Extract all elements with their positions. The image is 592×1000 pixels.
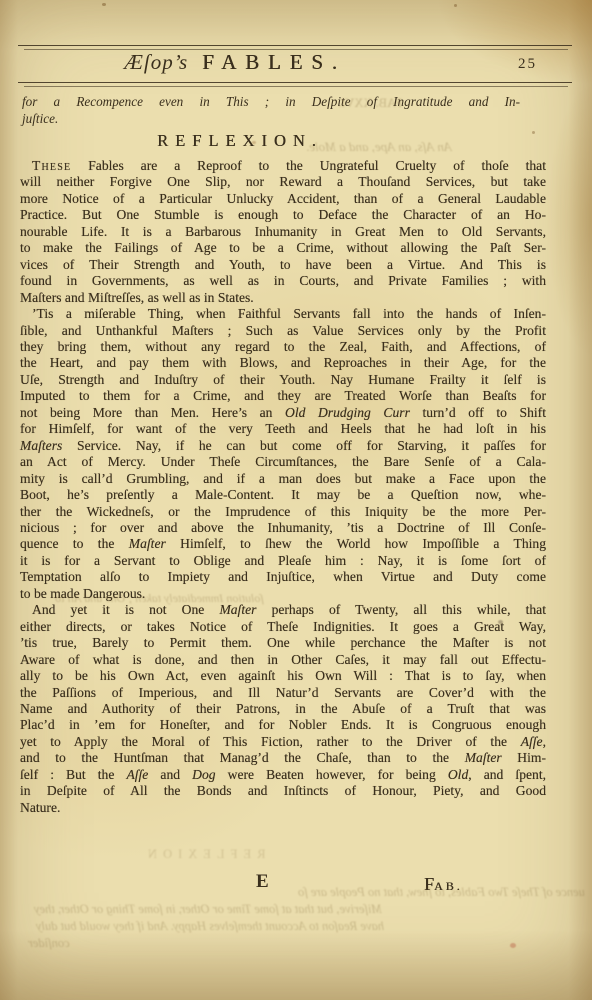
text-line: Maſters and Miſtreſſes, as well as in St… — [20, 290, 546, 306]
text-line: Nature. — [20, 800, 546, 816]
text-line: ſelf : But the Aſſe and Dog were Beaten … — [20, 767, 546, 783]
text-line: an Act of Mercy. Under Theſe Circumſtanc… — [20, 454, 546, 470]
text-line: they bring them, without any regard to t… — [20, 339, 546, 355]
page-title: Æſop’s FABLES. — [20, 50, 450, 75]
text-line: found in Governments, as well as in Cour… — [20, 273, 546, 289]
paper-speck — [532, 131, 535, 134]
page-number: 25 — [518, 56, 537, 73]
body-paragraphs: These Fables are a Reproof to the Ungrat… — [20, 158, 546, 816]
text-line: Name and Authority of their Patrons, in … — [20, 701, 546, 717]
text-line: Boot, he’s preſently a Male-Content. It … — [20, 487, 546, 503]
text-line: either directs, or takes Notice of Theſe… — [20, 619, 546, 635]
paragraph: for a Recompence even in This ; in Deſpi… — [22, 93, 520, 127]
text-line: in Deſpite of All the Bonds and Inſtinct… — [20, 783, 546, 799]
catchword-small: AB. — [434, 879, 463, 893]
header-rule-bottom — [18, 82, 572, 88]
text-line: Plac’d in ’em for Honeſter, and for Nobl… — [20, 717, 546, 733]
book-title-caps: FABLES. — [202, 50, 346, 74]
text-line: to be made Dangerous. — [20, 586, 546, 602]
catchword: FAB. — [424, 874, 463, 895]
text-line: nourable Life. It is a Barbarous Inhuman… — [20, 224, 546, 240]
paper-speck — [102, 3, 106, 6]
text-line: These Fables are a Reproof to the Ungrat… — [20, 158, 546, 174]
text-line: ally to be his Own Act, even againſt his… — [20, 668, 546, 684]
text-line: Imputed to them for a Crime, and they ar… — [20, 388, 546, 404]
text-line: ther the Wickedneſs, or the Imprudence o… — [20, 504, 546, 520]
text-line: the Paſſions of Imperious, and Ill Natur… — [20, 685, 546, 701]
text-line: yet to Apply the Moral of This Fiction, … — [20, 734, 546, 750]
text-line: ſible, and Unthankful Maſters ; Such as … — [20, 323, 546, 339]
text-line: Temptation alſo to Impiety and Injuſtice… — [20, 569, 546, 585]
paper-speck — [454, 4, 457, 7]
text-line: for Himſelf, for want of the very Teeth … — [20, 421, 546, 437]
catchword-large: F — [424, 874, 434, 894]
book-title-italic: Æſop’s — [124, 50, 188, 74]
paragraph: These Fables are a Reproof to the Ungrat… — [20, 158, 546, 306]
text-line: for a Recompence even in This ; in Deſpi… — [22, 93, 520, 110]
text-line: Maſters Service. Nay, if he can but come… — [20, 438, 546, 454]
bleedthrough-text: conſider — [28, 936, 70, 951]
text-line: quence to the Maſter Himſelf, to ſhew th… — [20, 536, 546, 552]
text-line: vices of Their Strength and Youth, to ha… — [20, 257, 546, 273]
text-line: more Notice of a Particular Unlucky Acci… — [20, 191, 546, 207]
continuation-text: for a Recompence even in This ; in Deſpi… — [22, 93, 520, 127]
bleedthrough-text: Miſerive, but that at ſome Time or Other… — [34, 902, 382, 917]
text-line: And yet it is not One Maſter perhaps of … — [20, 602, 546, 618]
text-line: not being More than Men. Here’s an Old D… — [20, 405, 546, 421]
bleedthrough-text: have Reaſon to Account themſelves Happy.… — [36, 919, 384, 934]
book-page: Æſop’s FABLES. 25 for a Recompence even … — [0, 0, 592, 1000]
text-line: will neither Forgive One Slip, nor Rewar… — [20, 174, 546, 190]
text-line: mity is call’d Grumbling, and if a man d… — [20, 471, 546, 487]
text-line: Aware of what is done, and then in Other… — [20, 652, 546, 668]
text-line: Uſe, Strength and Induſtry of their Yout… — [20, 372, 546, 388]
bleedthrough-text: REFLEXION — [142, 847, 265, 862]
text-line: the Heart, and pay them with Blows, and … — [20, 355, 546, 371]
text-line: Practice. But One Stumble is enough to D… — [20, 207, 546, 223]
text-line: nicious ; for over and above the Inhuman… — [20, 520, 546, 536]
section-heading: REFLEXION. — [20, 131, 460, 151]
running-header: Æſop’s FABLES. 25 — [20, 50, 545, 80]
text-line: juſtice. — [22, 110, 520, 127]
paragraph: And yet it is not One Maſter perhaps of … — [20, 602, 546, 816]
text-line: it is for a Servant to Oblige and Pleaſe… — [20, 553, 546, 569]
text-line: to make the Failings of Age to be a Crim… — [20, 240, 546, 256]
text-line: ’Tis a miſerable Thing, when Faithful Se… — [20, 306, 546, 322]
signature-mark: E — [256, 871, 270, 893]
paper-speck — [510, 943, 516, 948]
paragraph: ’Tis a miſerable Thing, when Faithful Se… — [20, 306, 546, 602]
text-line: and to the Huntſman that Manag’d the Cha… — [20, 750, 546, 766]
text-line: ’tis true, Barely to Permit them. One wh… — [20, 635, 546, 651]
